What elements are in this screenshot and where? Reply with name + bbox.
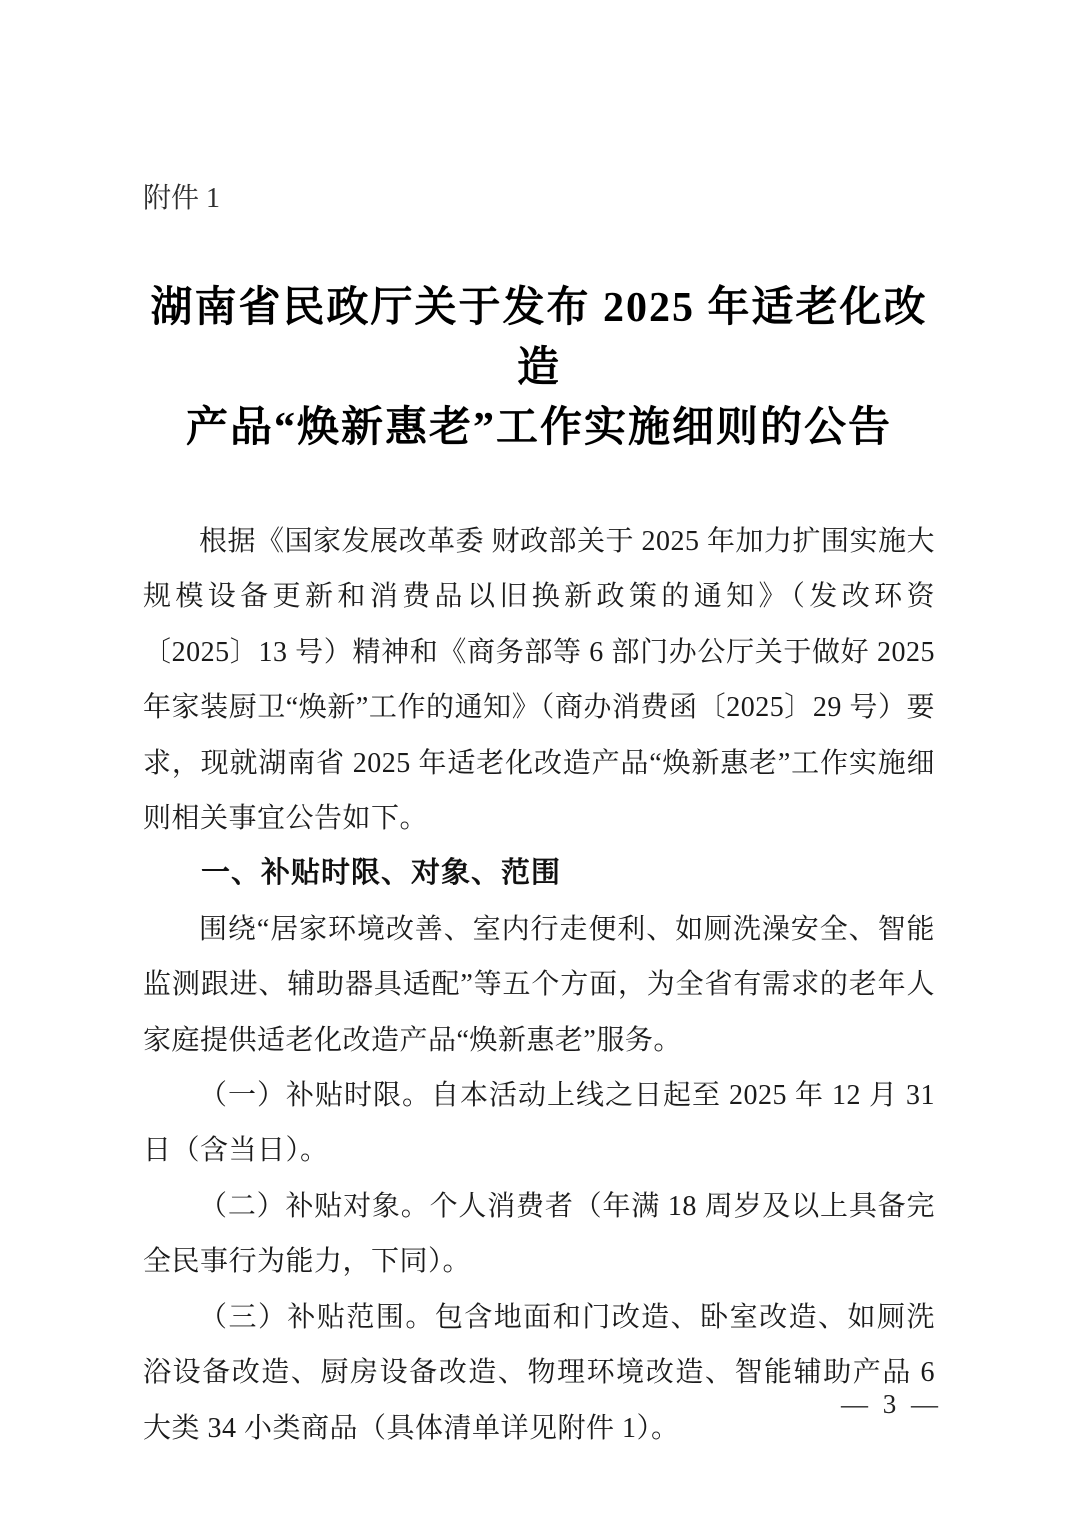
document-body: 根据《国家发展改革委 财政部关于 2025 年加力扩围实施大规模设备更新和消费品… xyxy=(143,514,935,1456)
document-title-line-2: 产品“焕新惠老”工作实施细则的公告 xyxy=(143,398,935,458)
page-number: — 3 — xyxy=(841,1388,942,1420)
document-page: 附件 1 湖南省民政厅关于发布 2025 年适老化改造 产品“焕新惠老”工作实施… xyxy=(0,0,1080,1526)
document-title-line-1: 湖南省民政厅关于发布 2025 年适老化改造 xyxy=(143,278,935,398)
subsidy-item-3-lead: （三）补贴范围。 xyxy=(199,1302,435,1333)
subsidy-item-1-paragraph: （一）补贴时限。自本活动上线之日起至 2025 年 12 月 31 日（含当日）… xyxy=(143,1068,935,1179)
document-title: 湖南省民政厅关于发布 2025 年适老化改造 产品“焕新惠老”工作实施细则的公告 xyxy=(143,278,935,458)
scope-paragraph: 围绕“居家环境改善、室内行走便利、如厕洗澡安全、智能监测跟进、辅助器具适配”等五… xyxy=(143,902,935,1068)
intro-paragraph: 根据《国家发展改革委 财政部关于 2025 年加力扩围实施大规模设备更新和消费品… xyxy=(143,514,935,846)
attachment-label: 附件 1 xyxy=(143,182,935,216)
section-1-heading: 一、补贴时限、对象、范围 xyxy=(143,846,935,901)
subsidy-item-2-paragraph: （二）补贴对象。个人消费者（年满 18 周岁及以上具备完全民事行为能力，下同）。 xyxy=(143,1179,935,1290)
subsidy-item-3-paragraph: （三）补贴范围。包含地面和门改造、卧室改造、如厕洗浴设备改造、厨房设备改造、物理… xyxy=(143,1290,935,1456)
subsidy-item-2-lead: （二）补贴对象。 xyxy=(199,1191,430,1222)
subsidy-item-1-lead: （一）补贴时限。 xyxy=(199,1080,431,1111)
